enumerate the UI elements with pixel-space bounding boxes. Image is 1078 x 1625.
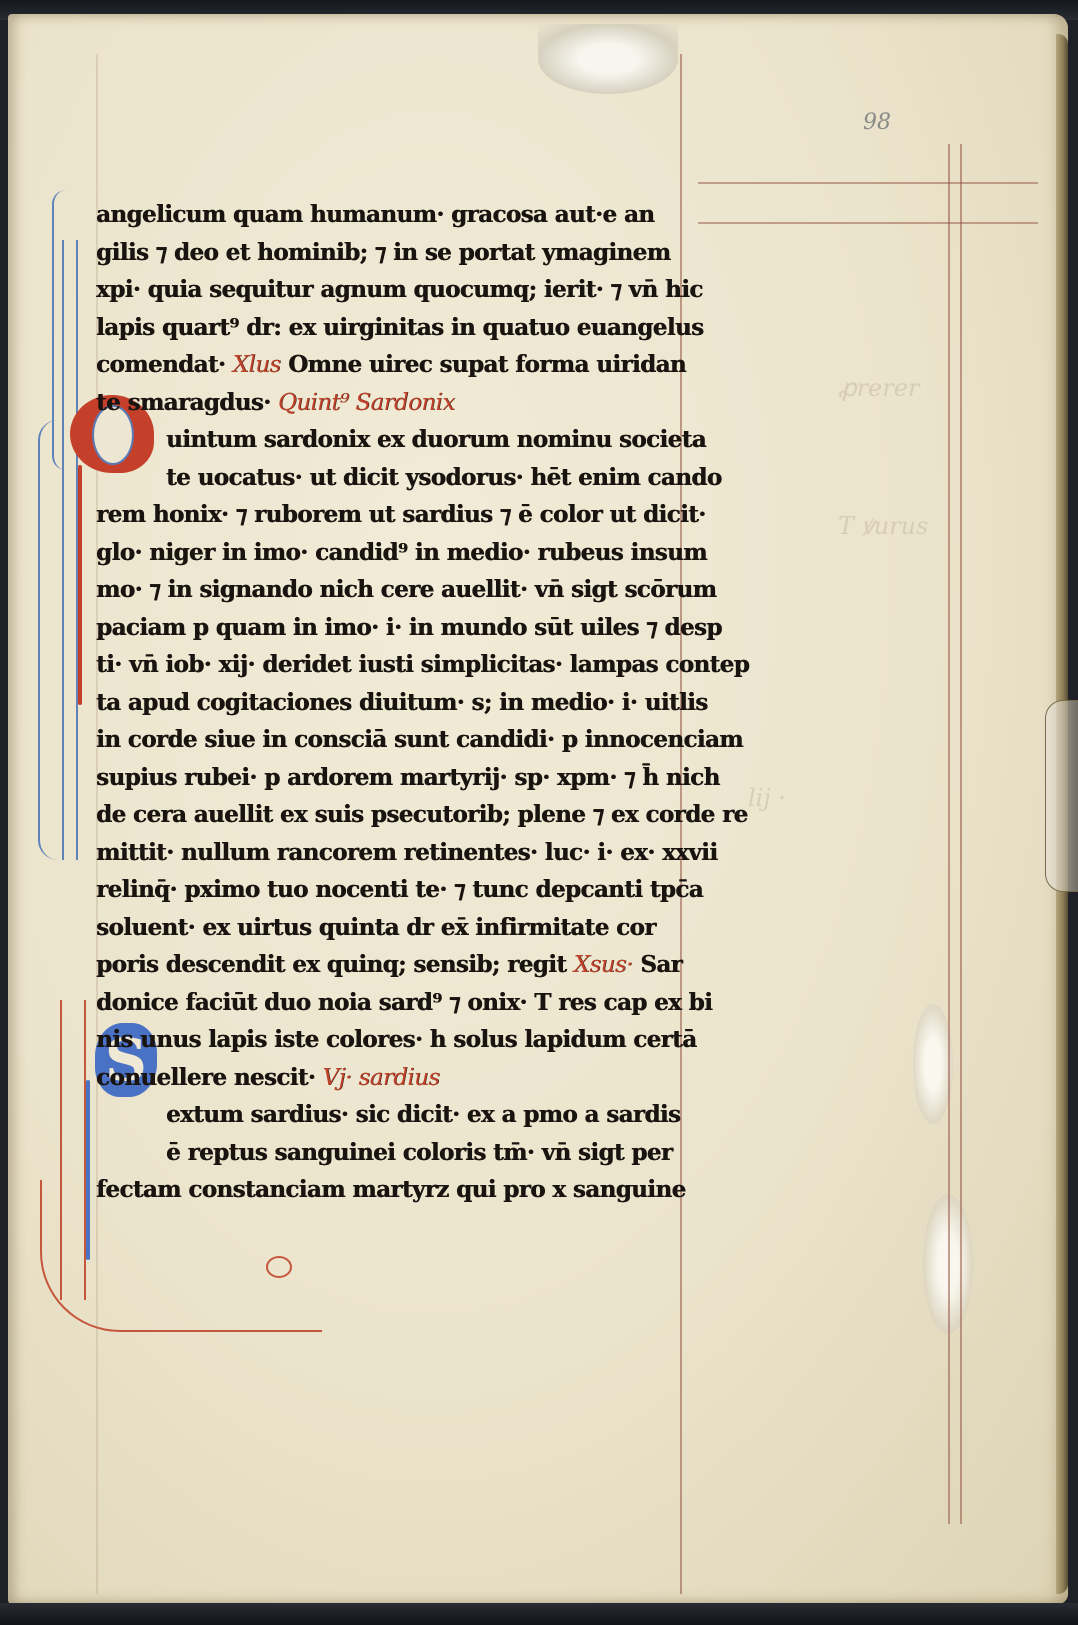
text-line: comendat· Xlus Omne uirec supat forma ui… [96, 346, 696, 384]
parchment-stain-top [538, 24, 678, 94]
text-line: angelicum quam humanum· gracosa aut·e an [96, 196, 696, 234]
text-line: mittit· nullum rancorem retinentes· luc·… [96, 834, 696, 872]
initial-q-tail [78, 465, 82, 705]
pen-flourish-blue [62, 240, 78, 860]
rubric-heading: Vj· sardius [323, 1065, 440, 1091]
text-line: ta apud cogitaciones diuitum· s; in medi… [96, 684, 696, 722]
text-line: supius rubei· p ardorem martyrij· sp· xp… [96, 759, 696, 797]
text-line: donice faciūt duo noia sard⁹ ⁊ onix· T r… [96, 984, 696, 1022]
ruling-line [960, 144, 962, 1524]
text-line: relinq̄· pximo tuo nocenti te· ⁊ tunc de… [96, 871, 696, 909]
text-line: fectam constanciam martyrz qui pro x san… [96, 1171, 696, 1209]
parchment-stain [913, 1004, 953, 1124]
text-line: paciam p quam in imo· i· in mundo sūt ui… [96, 609, 696, 647]
ruling-line [698, 222, 1038, 224]
show-through-text: T ꝟurus [838, 509, 928, 542]
text-line: rem honix· ⁊ ruborem ut sardius ⁊ ē colo… [96, 496, 696, 534]
text-line: te smaragdus· Quint⁹ Sardonix [96, 384, 696, 422]
text-line: soluent· ex uirtus quinta dr ex̄ infirmi… [96, 909, 696, 947]
rubric-heading: Quint⁹ Sardonix [278, 390, 455, 416]
manuscript-text-block: angelicum quam humanum· gracosa aut·e an… [96, 196, 696, 1209]
text-line: extum sardius· sic dicit· ex a pmo a sar… [96, 1096, 696, 1134]
text-line: uintum sardonix ex duorum nominu societa [96, 421, 696, 459]
text-line: in corde siue in consciā sunt candidi· p… [96, 721, 696, 759]
text-line: te uocatus· ut dicit ysodorus· hēt enim … [96, 459, 696, 497]
text-line: xpi· quia sequitur agnum quocumq; ierit·… [96, 271, 696, 309]
text-line: lapis quart⁹ dr: ex uirginitas in quatuo… [96, 309, 696, 347]
text-line: mo· ⁊ in signando nich cere auellit· vn̄… [96, 571, 696, 609]
rubric: Xsus· [574, 952, 633, 978]
text-line: poris descendit ex quinq; sensib; regit … [96, 946, 696, 984]
ruling-line [698, 182, 1038, 184]
folio-number: 98 [863, 110, 891, 135]
text-line: nis unus lapis iste colores· h solus lap… [96, 1021, 696, 1059]
show-through-text: lij · [748, 784, 786, 812]
text-line: conuellere nescit· Vj· sardius [96, 1059, 696, 1097]
rubric: Xlus [233, 352, 281, 378]
page-clasp-tab [1045, 700, 1078, 892]
text-line: de cera auellit ex suis psecutorib; plen… [96, 796, 696, 834]
ruling-line [948, 144, 950, 1524]
show-through-text: ꝓrerer [838, 374, 919, 402]
text-line: gilis ⁊ deo et hominib; ⁊ in se portat y… [96, 234, 696, 272]
text-line: ti· vn̄ iob· xij· deridet iusti simplici… [96, 646, 696, 684]
text-line: ē reptus sanguinei coloris tm̄· vn̄ sigt… [96, 1134, 696, 1172]
initial-s-tail [86, 1080, 90, 1260]
pen-flourish-curl [266, 1256, 292, 1278]
binding-bottom-edge [0, 1603, 1078, 1625]
text-line: glo· niger in imo· candid⁹ in medio· rub… [96, 534, 696, 572]
